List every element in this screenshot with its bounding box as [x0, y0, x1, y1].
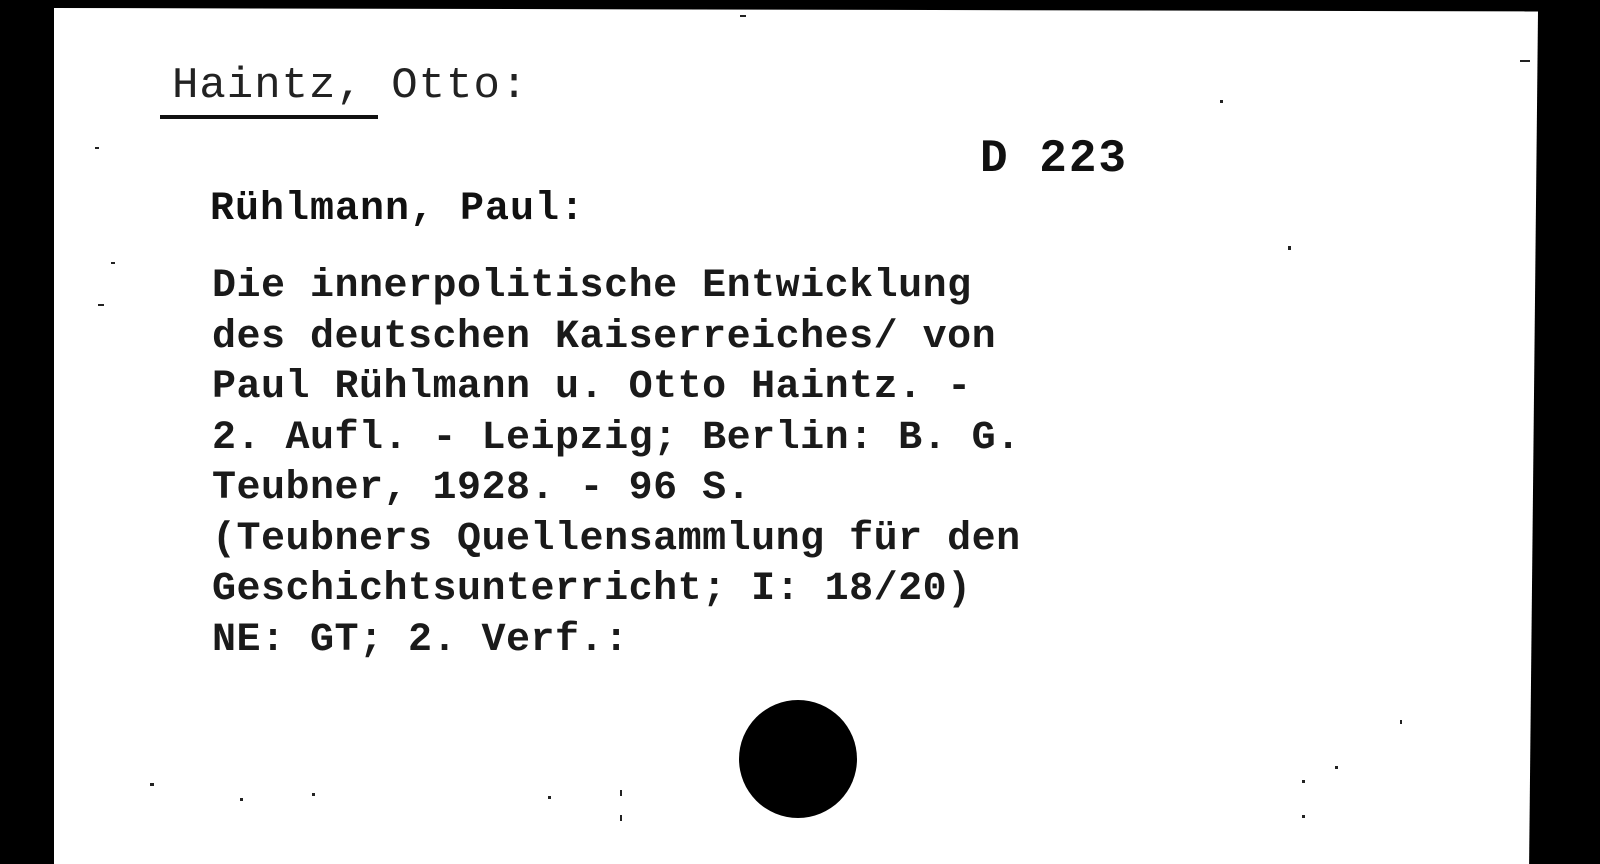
scan-speck	[312, 793, 315, 796]
description-line: Teubner, 1928. - 96 S.	[212, 464, 1021, 515]
description-line: 2. Aufl. - Leipzig; Berlin: B. G.	[212, 414, 1021, 465]
scan-speck	[1302, 815, 1305, 818]
scan-speck	[1335, 766, 1338, 769]
description-line: Geschichtsunterricht; I: 18/20)	[212, 565, 1021, 616]
description-line: Die innerpolitische Entwicklung	[212, 262, 1021, 313]
heading-entry: Haintz, Otto:	[172, 64, 528, 108]
description-line: (Teubners Quellensammlung für den	[212, 515, 1021, 566]
scan-speck	[1400, 720, 1402, 724]
scan-speck	[240, 798, 243, 801]
scan-speck	[150, 783, 154, 786]
scan-speck	[620, 790, 622, 796]
shelfmark: D 223	[980, 136, 1128, 182]
scan-speck	[548, 796, 551, 799]
scan-speck	[1288, 246, 1291, 250]
heading-underline	[160, 115, 378, 119]
description-line: Paul Rühlmann u. Otto Haintz. -	[212, 363, 1021, 414]
description-line: des deutschen Kaiserreiches/ von	[212, 313, 1021, 364]
scan-speck	[1520, 60, 1530, 62]
scan-speck	[98, 304, 104, 306]
scan-speck	[111, 262, 115, 264]
scan-speck	[1220, 100, 1223, 103]
scan-speck	[95, 147, 99, 149]
scan-speck	[740, 15, 746, 17]
main-author: Rühlmann, Paul:	[210, 190, 585, 230]
scan-speck	[620, 815, 622, 821]
punch-hole-icon	[739, 700, 857, 818]
bibliographic-description: Die innerpolitische Entwicklung des deut…	[212, 262, 1021, 666]
scan-speck	[1302, 780, 1305, 783]
scanned-card-image: Haintz, Otto: D 223 Rühlmann, Paul: Die …	[0, 0, 1600, 864]
description-line: NE: GT; 2. Verf.:	[212, 616, 1021, 667]
